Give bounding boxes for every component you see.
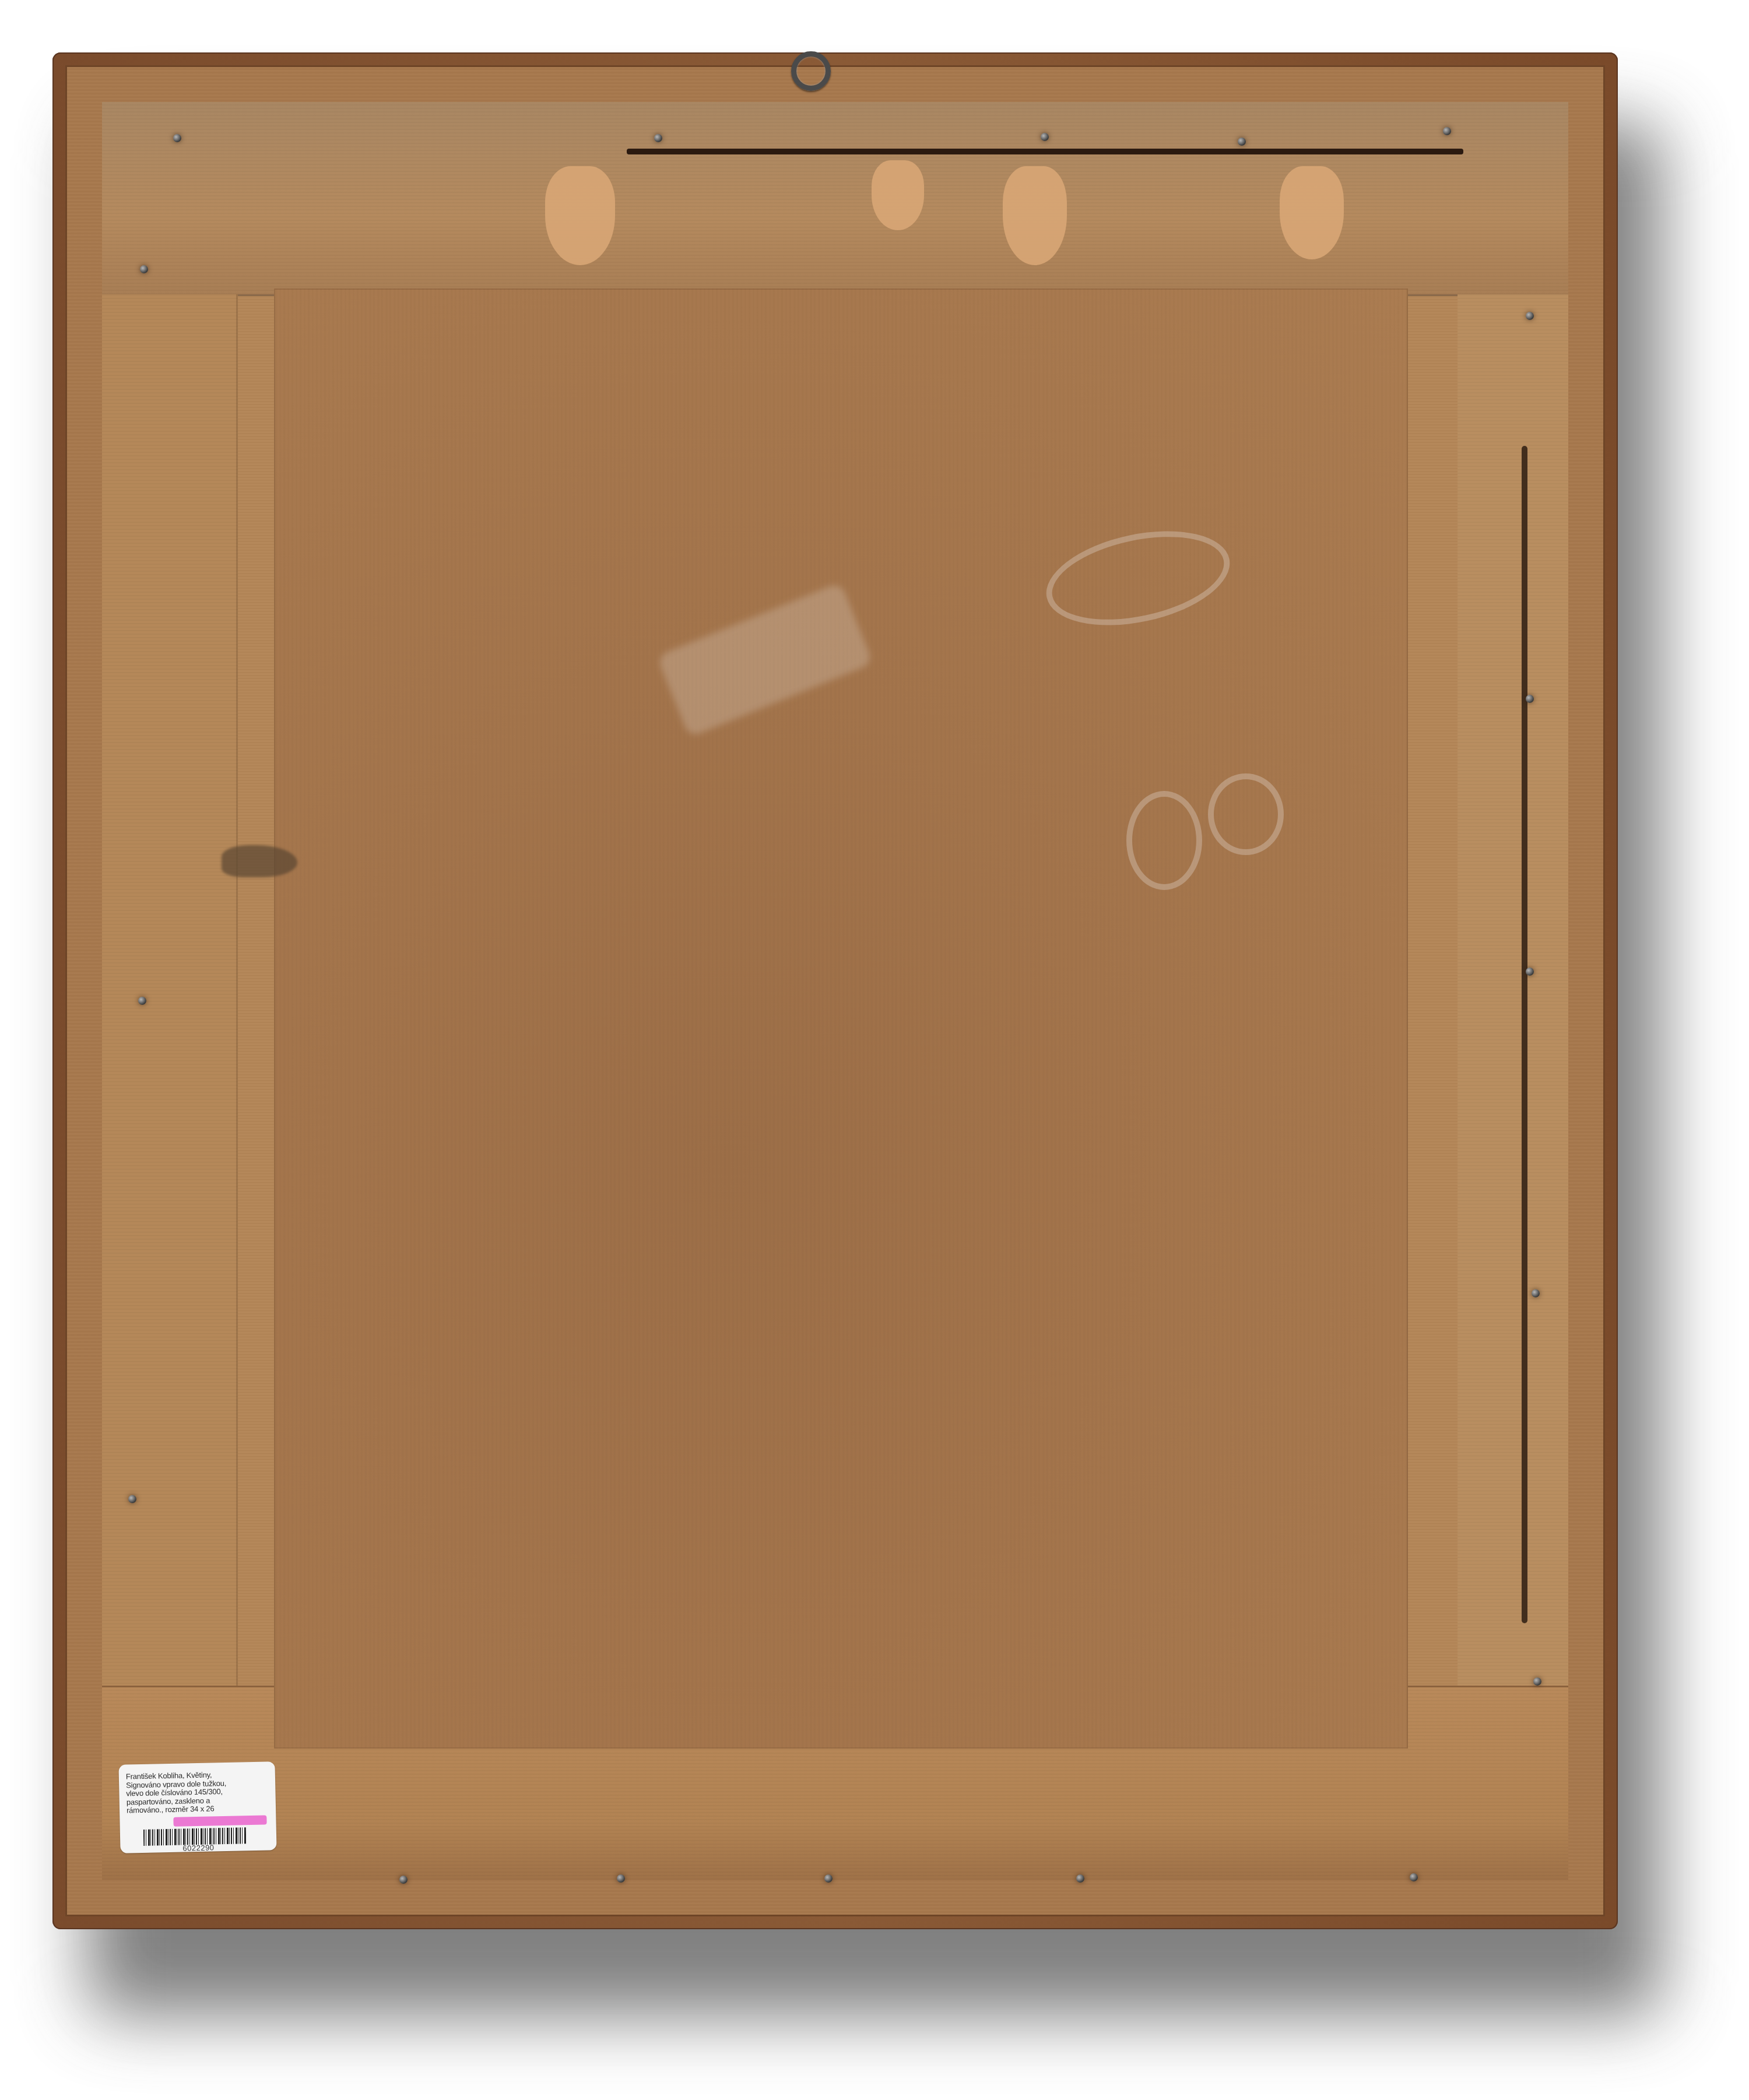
nail-icon	[1443, 127, 1451, 135]
torn-paper-patch	[1003, 166, 1067, 265]
frame-molding	[65, 65, 1605, 1916]
nail-icon	[1238, 138, 1246, 146]
nail-icon	[617, 1874, 625, 1883]
torn-paper-patch	[545, 166, 615, 265]
nail-icon	[140, 265, 148, 273]
inventory-label: František Kobliha, Květiny, Signováno vp…	[118, 1761, 276, 1853]
backing-board	[102, 102, 1568, 1880]
inner-backing-panel	[274, 289, 1408, 1749]
nail-icon	[1533, 1677, 1541, 1686]
nail-icon	[1076, 1874, 1084, 1883]
nail-icon	[1526, 312, 1534, 320]
pink-marker-highlight	[173, 1816, 266, 1827]
hanging-ring-icon	[791, 51, 831, 91]
top-gap	[627, 149, 1463, 154]
nail-icon	[1041, 133, 1049, 141]
chalk-smear	[656, 582, 873, 737]
nail-icon	[1410, 1873, 1418, 1881]
label-description: František Kobliha, Květiny, Signováno vp…	[126, 1770, 269, 1815]
torn-paper-patch	[1280, 166, 1344, 259]
nail-icon	[654, 134, 662, 142]
nail-icon	[128, 1495, 136, 1503]
right-crack	[1522, 446, 1527, 1623]
nail-icon	[1526, 968, 1534, 976]
nail-icon	[399, 1876, 408, 1884]
nail-icon	[1532, 1289, 1540, 1297]
left-paper-tape	[102, 294, 238, 1775]
chalk-mark	[1126, 791, 1202, 890]
torn-paper-patch	[872, 160, 924, 230]
nail-icon	[824, 1874, 833, 1883]
nail-icon	[138, 997, 146, 1005]
chalk-mark	[1208, 773, 1284, 855]
chalk-mark	[1038, 516, 1238, 640]
nail-icon	[173, 134, 181, 142]
nail-icon	[1526, 695, 1534, 703]
right-paper-tape	[1457, 294, 1568, 1775]
picture-frame-back	[52, 52, 1618, 1929]
top-paper-tape	[102, 102, 1568, 296]
